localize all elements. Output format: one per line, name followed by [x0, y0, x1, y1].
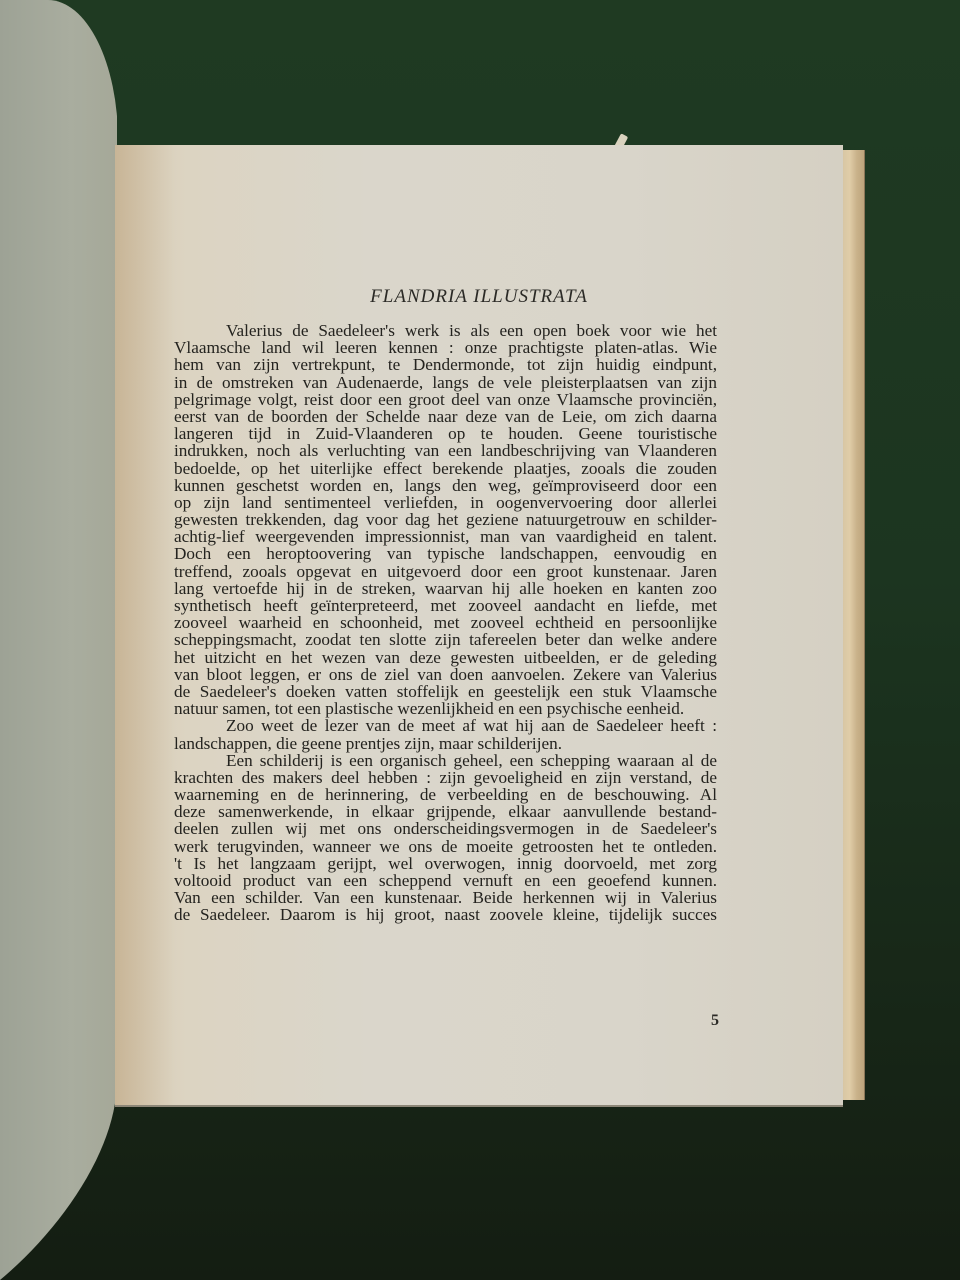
- book-page: FLANDRIA ILLUSTRATA Valerius de Saedelee…: [115, 145, 843, 1105]
- text-line: deze samenwerkende, in elkaar grijpende,…: [174, 803, 717, 820]
- text-line: 't Is het langzaam gerijpt, wel overwoge…: [174, 855, 717, 872]
- text-line: indrukken, noch als verluchting van een …: [174, 442, 717, 459]
- text-line: synthetisch heeft geïnterpreteerd, met z…: [174, 597, 717, 614]
- text-line: kunnen geschetst worden en, langs den we…: [174, 477, 717, 494]
- text-line: waarneming en de herinnering, de verbeel…: [174, 786, 717, 803]
- text-line: hem van zijn vertrekpunt, te Dendermonde…: [174, 356, 717, 373]
- page-number: 5: [711, 1012, 719, 1030]
- text-line: krachten des makers deel hebben : zijn g…: [174, 769, 717, 786]
- text-line: op zijn land sentimenteel verliefden, in…: [174, 494, 717, 511]
- text-line: Een schilderij is een organisch geheel, …: [174, 752, 717, 769]
- text-line: de Saedeleer. Daarom is hij groot, naast…: [174, 906, 717, 923]
- text-line: langeren tijd in Zuid-Vlaanderen op te h…: [174, 425, 717, 442]
- text-line: gewesten trekkenden, dag voor dag het ge…: [174, 511, 717, 528]
- facing-left-page-curl: [0, 0, 118, 1280]
- text-line: scheppingsmacht, zoodat ten slotte zijn …: [174, 631, 717, 648]
- text-line: het uitzicht en het wezen van deze gewes…: [174, 649, 717, 666]
- text-line: voltooid product van een scheppend vernu…: [174, 872, 717, 889]
- text-line: werk terugvinden, wanneer we ons de moei…: [174, 838, 717, 855]
- text-line: Van een schilder. Van een kunstenaar. Be…: [174, 889, 717, 906]
- text-line: natuur samen, tot een plastische wezenli…: [174, 700, 717, 717]
- body-text: Valerius de Saedeleer's werk is als een …: [174, 322, 717, 924]
- text-line: lang vertoefde hij in de streken, waarva…: [174, 580, 717, 597]
- text-line: Valerius de Saedeleer's werk is als een …: [174, 322, 717, 339]
- text-line: Zoo weet de lezer van de meet af wat hij…: [174, 717, 717, 734]
- text-line: achtig-lief weergevenden impressionnist,…: [174, 528, 717, 545]
- text-line: van bloot leggen, er ons de ziel van doe…: [174, 666, 717, 683]
- text-line: treffend, zooals opgevat en uitgevoerd d…: [174, 563, 717, 580]
- text-line: pelgrimage volgt, reist door een groot d…: [174, 391, 717, 408]
- text-line: de Saedeleer's doeken vatten stoffelijk …: [174, 683, 717, 700]
- text-line: Doch een heroptoovering van typische lan…: [174, 545, 717, 562]
- page-title: FLANDRIA ILLUSTRATA: [115, 286, 843, 308]
- text-line: Vlaamsche land wil leeren kennen : onze …: [174, 339, 717, 356]
- text-line: landschappen, die geene prentjes zijn, m…: [174, 735, 717, 752]
- text-line: eerst van de boorden der Schelde naar de…: [174, 408, 717, 425]
- text-line: in de omstreken van Audenaerde, langs de…: [174, 374, 717, 391]
- text-line: zooveel waarheid en schoonheid, met zoov…: [174, 614, 717, 631]
- text-line: deelen zullen wij met ons onderscheiding…: [174, 820, 717, 837]
- text-line: bedoelde, op het uiterlijke effect berek…: [174, 460, 717, 477]
- page-edge-stack: [840, 150, 865, 1100]
